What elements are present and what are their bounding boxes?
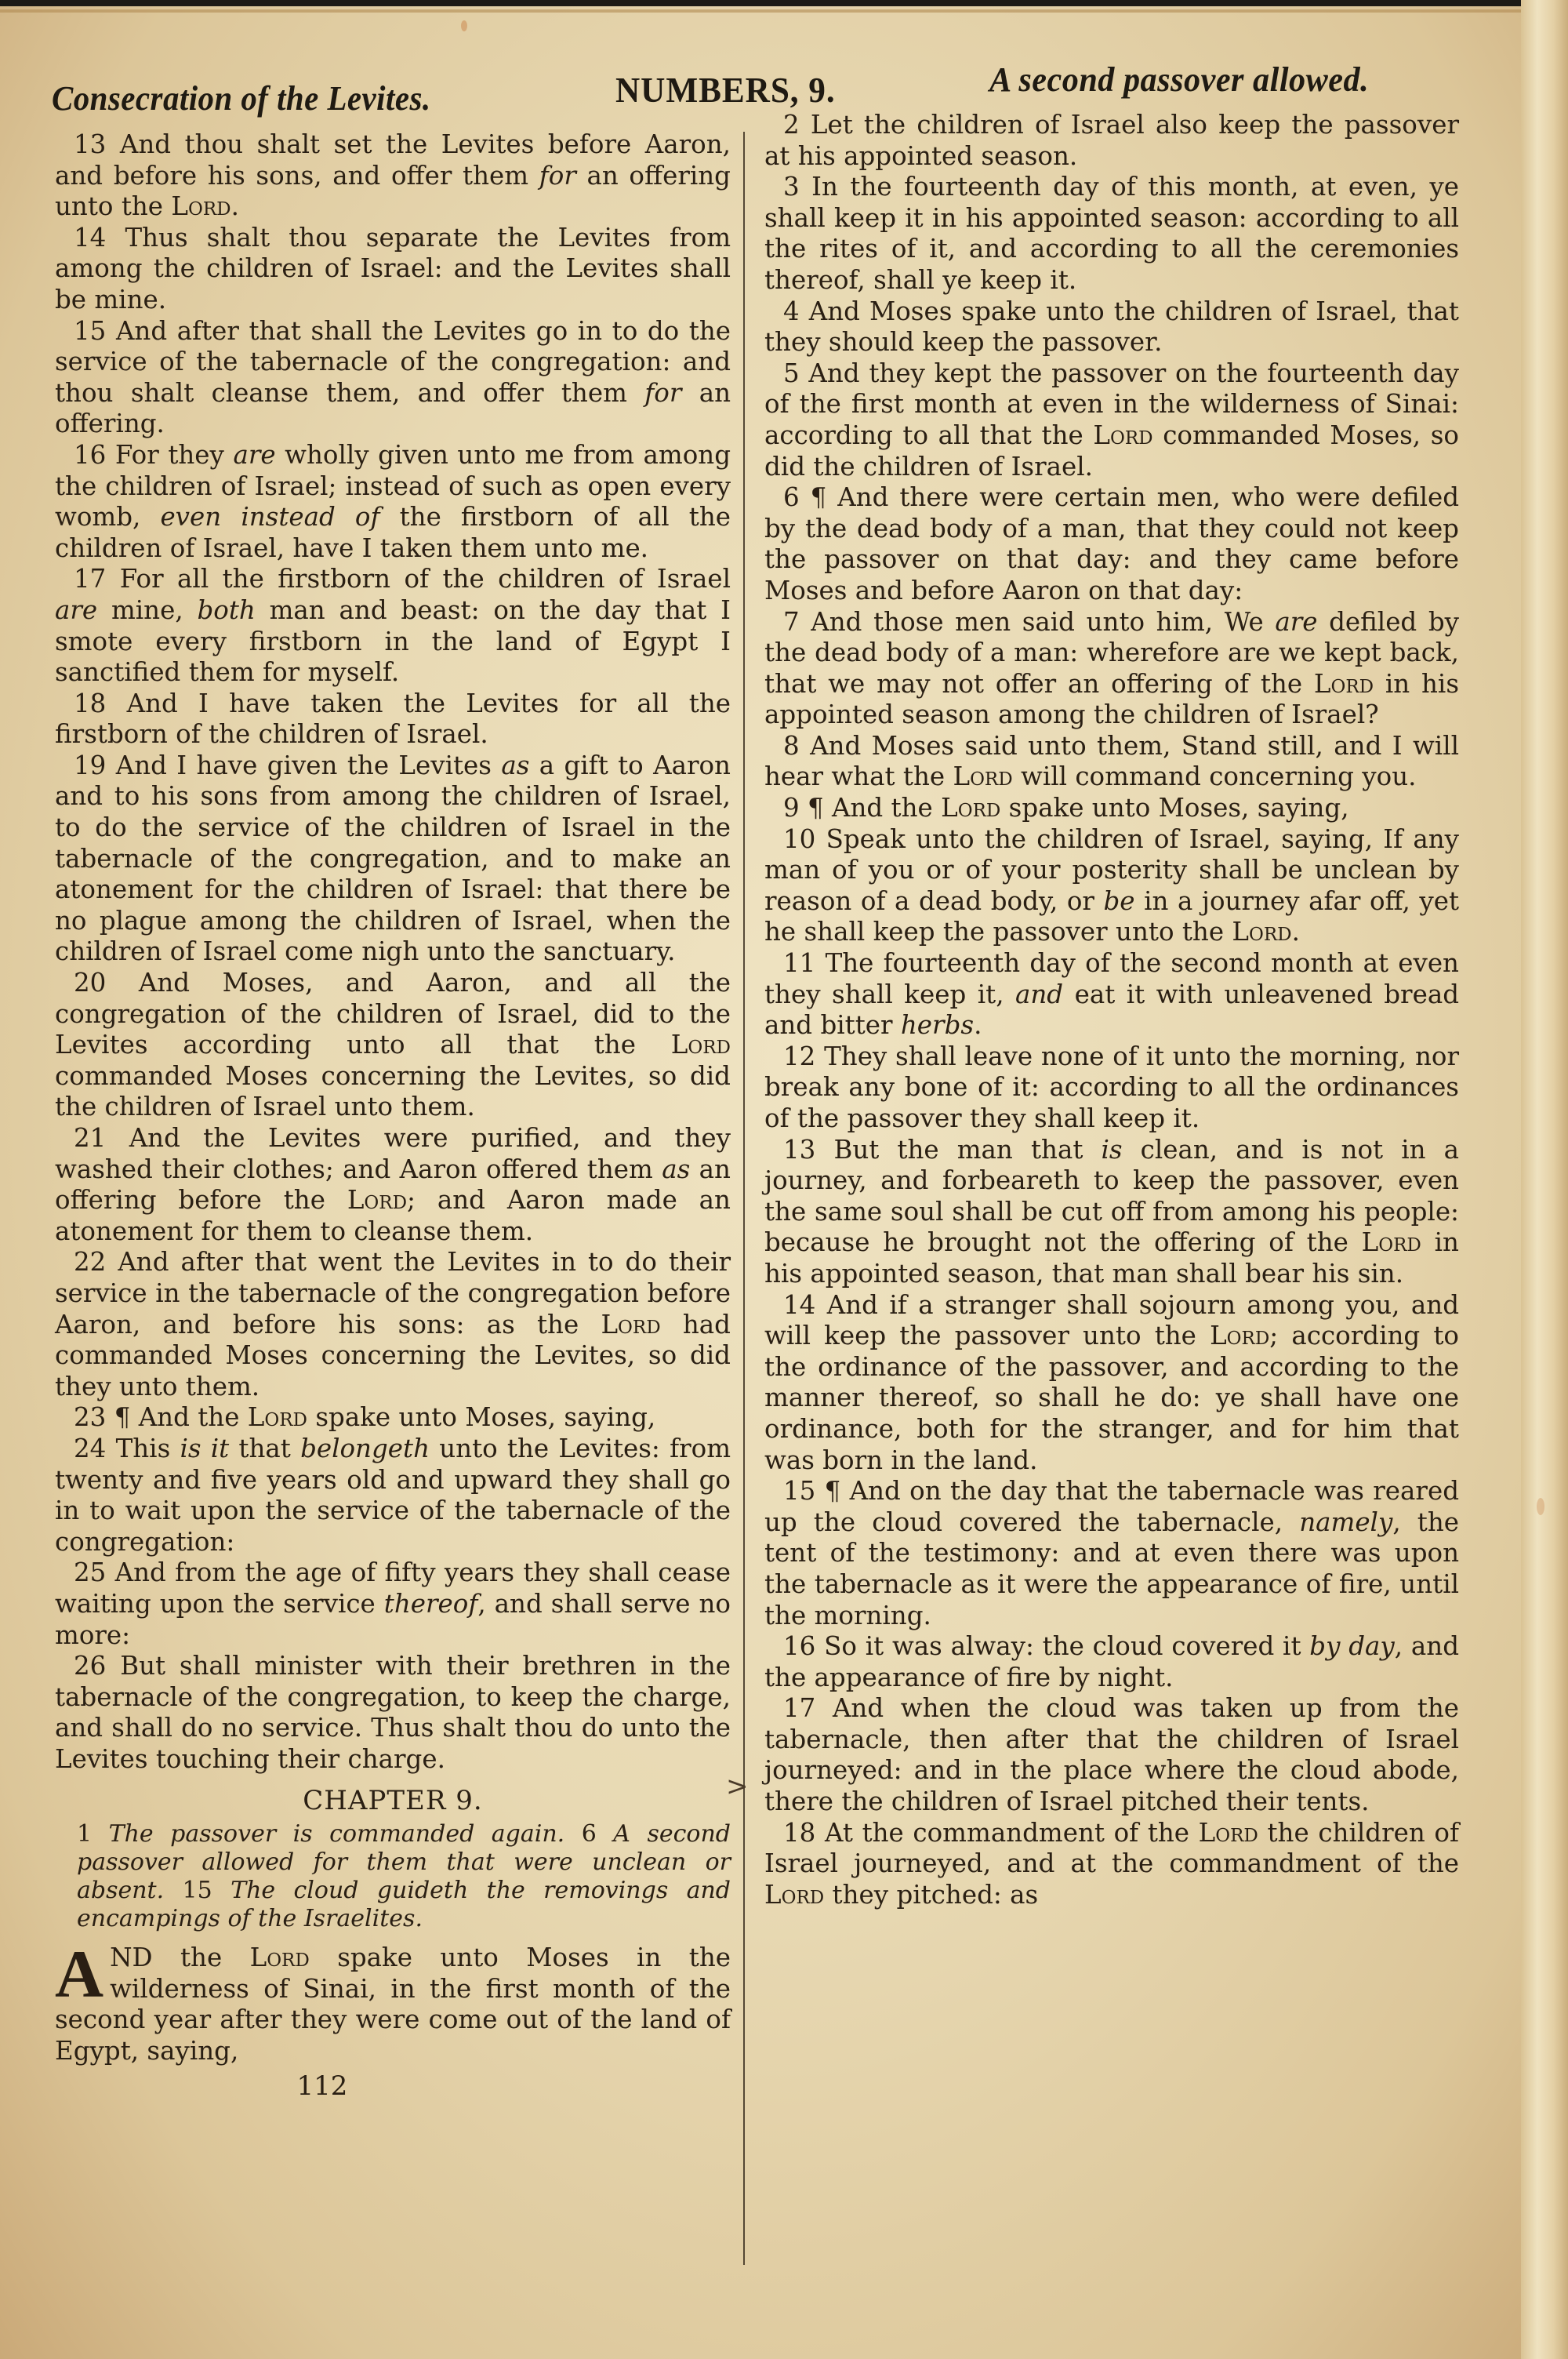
verse-number: 22	[74, 1247, 118, 1277]
italic-supplied-word: for	[539, 161, 576, 191]
summary-verse-ref: 15	[164, 1877, 230, 1904]
verse-number: 11	[783, 948, 826, 978]
right-column: 2 Let the children of Israel also keep t…	[764, 110, 1459, 1910]
divine-name: Lord	[248, 1402, 307, 1432]
verse: 14 Thus shalt thou separate the Levites …	[55, 223, 731, 316]
verse: 19 And I have given the Levites as a gif…	[55, 751, 731, 968]
page-top-edge	[0, 0, 1537, 6]
verse-number: 5	[783, 358, 808, 388]
drop-cap: A	[55, 1946, 103, 2002]
chapter-heading: CHAPTER 9.	[55, 1786, 731, 1817]
verse-number: 4	[783, 296, 809, 326]
verse: 18 And I have taken the Levites for all …	[55, 689, 731, 751]
margin-mark: >	[726, 1771, 749, 1802]
italic-supplied-word: both	[197, 595, 255, 625]
verse: 24 This is it that belongeth unto the Le…	[55, 1434, 731, 1558]
divine-name: Lord	[347, 1185, 407, 1215]
verse: 2 Let the children of Israel also keep t…	[764, 110, 1459, 172]
verse: 15 And after that shall the Levites go i…	[55, 316, 731, 440]
verse-number: 19	[74, 751, 116, 780]
italic-supplied-word: herbs	[901, 1010, 974, 1040]
divine-name: Lord	[953, 761, 1012, 791]
verse-number: 13	[74, 129, 120, 159]
verse: 18 At the commandment of the Lord the ch…	[764, 1818, 1459, 1911]
verse-number: 6	[783, 482, 811, 512]
italic-supplied-word: for	[644, 378, 681, 408]
verse-number: 8	[783, 731, 810, 761]
verse-number: 7	[783, 607, 811, 637]
verse-number: 17	[783, 1693, 833, 1723]
divine-name: Lord	[1232, 917, 1291, 947]
left-column: 13 And thou shalt set the Levites before…	[55, 129, 731, 2129]
divine-name: Lord	[671, 1030, 731, 1060]
verse: 16 For they are wholly given unto me fro…	[55, 440, 731, 564]
verse: 20 And Moses, and Aaron, and all the con…	[55, 968, 731, 1123]
running-head-left: Consecration of the Levites.	[52, 78, 431, 118]
verse-number: 15	[783, 1476, 825, 1506]
verse: 14 And if a stranger shall sojourn among…	[764, 1290, 1459, 1477]
verse: 26 But shall minister with their brethre…	[55, 1651, 731, 1775]
running-head-right: A second passover allowed.	[989, 60, 1369, 100]
verse-number: 18	[74, 689, 127, 718]
opening-verse: A ND the Lord spake unto Moses in the wi…	[55, 1943, 731, 2066]
page-top-rule	[0, 9, 1537, 13]
verse-number: 20	[74, 968, 139, 998]
italic-supplied-word: are	[55, 595, 97, 625]
verse-number: 26	[74, 1651, 120, 1681]
right-verses: 2 Let the children of Israel also keep t…	[764, 110, 1459, 1910]
divine-name: Lord	[941, 793, 1000, 823]
page-number: 112	[55, 2071, 731, 2103]
verse: 5 And they kept the passover on the four…	[764, 358, 1459, 482]
verse-number: 16	[74, 440, 115, 470]
verse-number: 14	[74, 223, 125, 253]
verse: 9 ¶ And the Lord spake unto Moses, sayin…	[764, 793, 1459, 824]
divine-name: Lord	[250, 1943, 310, 1972]
verse: 10 Speak unto the children of Israel, sa…	[764, 824, 1459, 948]
column-divider	[743, 132, 745, 2265]
italic-supplied-word: namely	[1299, 1507, 1392, 1537]
verse: 12 They shall leave none of it unto the …	[764, 1041, 1459, 1135]
left-verses: 13 And thou shalt set the Levites before…	[55, 129, 731, 1775]
verse-number: 24	[74, 1434, 116, 1463]
opening-verse-text: ND the Lord spake unto Moses in the wild…	[55, 1943, 731, 2066]
verse-number: 16	[783, 1631, 824, 1661]
divine-name: Lord	[1093, 420, 1152, 450]
verse-number: 2	[783, 110, 811, 140]
ink-spot	[1537, 1498, 1544, 1515]
verse: 25 And from the age of fifty years they …	[55, 1558, 731, 1651]
italic-supplied-word: are	[233, 440, 275, 470]
divine-name: Lord	[1314, 669, 1374, 699]
verse-number: 3	[783, 172, 811, 202]
summary-text: The passover is commanded again.	[109, 1820, 565, 1848]
verse: 17 And when the cloud was taken up from …	[764, 1693, 1459, 1817]
chapter-summary: 1 The passover is commanded again. 6 A s…	[55, 1820, 731, 1933]
italic-supplied-word: is it	[180, 1434, 229, 1463]
verse: 8 And Moses said unto them, Stand still,…	[764, 731, 1459, 793]
italic-supplied-word: and	[1015, 980, 1063, 1009]
verse: 15 ¶ And on the day that the tabernacle …	[764, 1476, 1459, 1631]
verse: 16 So it was alway: the cloud covered it…	[764, 1631, 1459, 1693]
divine-name: Lord	[764, 1880, 824, 1910]
verse-number: 21	[74, 1123, 129, 1153]
verse: 7 And those men said unto him, We are de…	[764, 607, 1459, 731]
verse: 3 In the fourteenth day of this month, a…	[764, 172, 1459, 296]
verse-number: 10	[783, 824, 826, 854]
verse: 17 For all the firstborn of the children…	[55, 564, 731, 688]
verse-number: 12	[783, 1041, 824, 1071]
italic-supplied-word: as	[662, 1154, 690, 1184]
verse-number: 25	[74, 1558, 115, 1587]
verse: 23 ¶ And the Lord spake unto Moses, sayi…	[55, 1402, 731, 1434]
running-head-book-chapter: NUMBERS, 9.	[615, 69, 836, 111]
verse: 13 And thou shalt set the Levites before…	[55, 129, 731, 223]
italic-supplied-word: belongeth	[300, 1434, 430, 1463]
page-fold-edge	[1521, 0, 1568, 2359]
italic-supplied-word: be	[1104, 886, 1135, 916]
divine-name: Lord	[601, 1310, 660, 1339]
divine-name: Lord	[171, 191, 230, 221]
ink-spot	[461, 20, 467, 31]
book-page: Consecration of the Levites. NUMBERS, 9.…	[0, 0, 1568, 2359]
verse-number: 18	[783, 1818, 825, 1848]
verse-number: 17	[74, 564, 120, 594]
summary-verse-ref: 1	[77, 1820, 109, 1848]
divine-name: Lord	[1362, 1227, 1421, 1257]
verse-number: 13	[783, 1135, 833, 1165]
verse: 11 The fourteenth day of the second mont…	[764, 948, 1459, 1041]
italic-supplied-word: are	[1275, 607, 1317, 637]
italic-supplied-word: as	[501, 751, 529, 780]
verse: 6 ¶ And there were certain men, who were…	[764, 482, 1459, 606]
verse-number: 14	[783, 1290, 827, 1320]
verse: 22 And after that went the Levites in to…	[55, 1247, 731, 1402]
divine-name: Lord	[1199, 1818, 1258, 1848]
verse: 21 And the Levites were purified, and th…	[55, 1123, 731, 1247]
verse: 13 But the man that is clean, and is not…	[764, 1135, 1459, 1290]
verse-number: 23	[74, 1402, 114, 1432]
italic-supplied-word: even instead of	[160, 502, 379, 532]
verse-number: 15	[74, 316, 116, 346]
summary-verse-ref: 6	[564, 1820, 613, 1848]
verse-number: 9	[783, 793, 808, 823]
italic-supplied-word: by day	[1309, 1631, 1394, 1661]
verse: 4 And Moses spake unto the children of I…	[764, 296, 1459, 358]
italic-supplied-word: thereof	[384, 1589, 478, 1619]
divine-name: Lord	[1210, 1321, 1269, 1350]
italic-supplied-word: is	[1101, 1135, 1122, 1165]
